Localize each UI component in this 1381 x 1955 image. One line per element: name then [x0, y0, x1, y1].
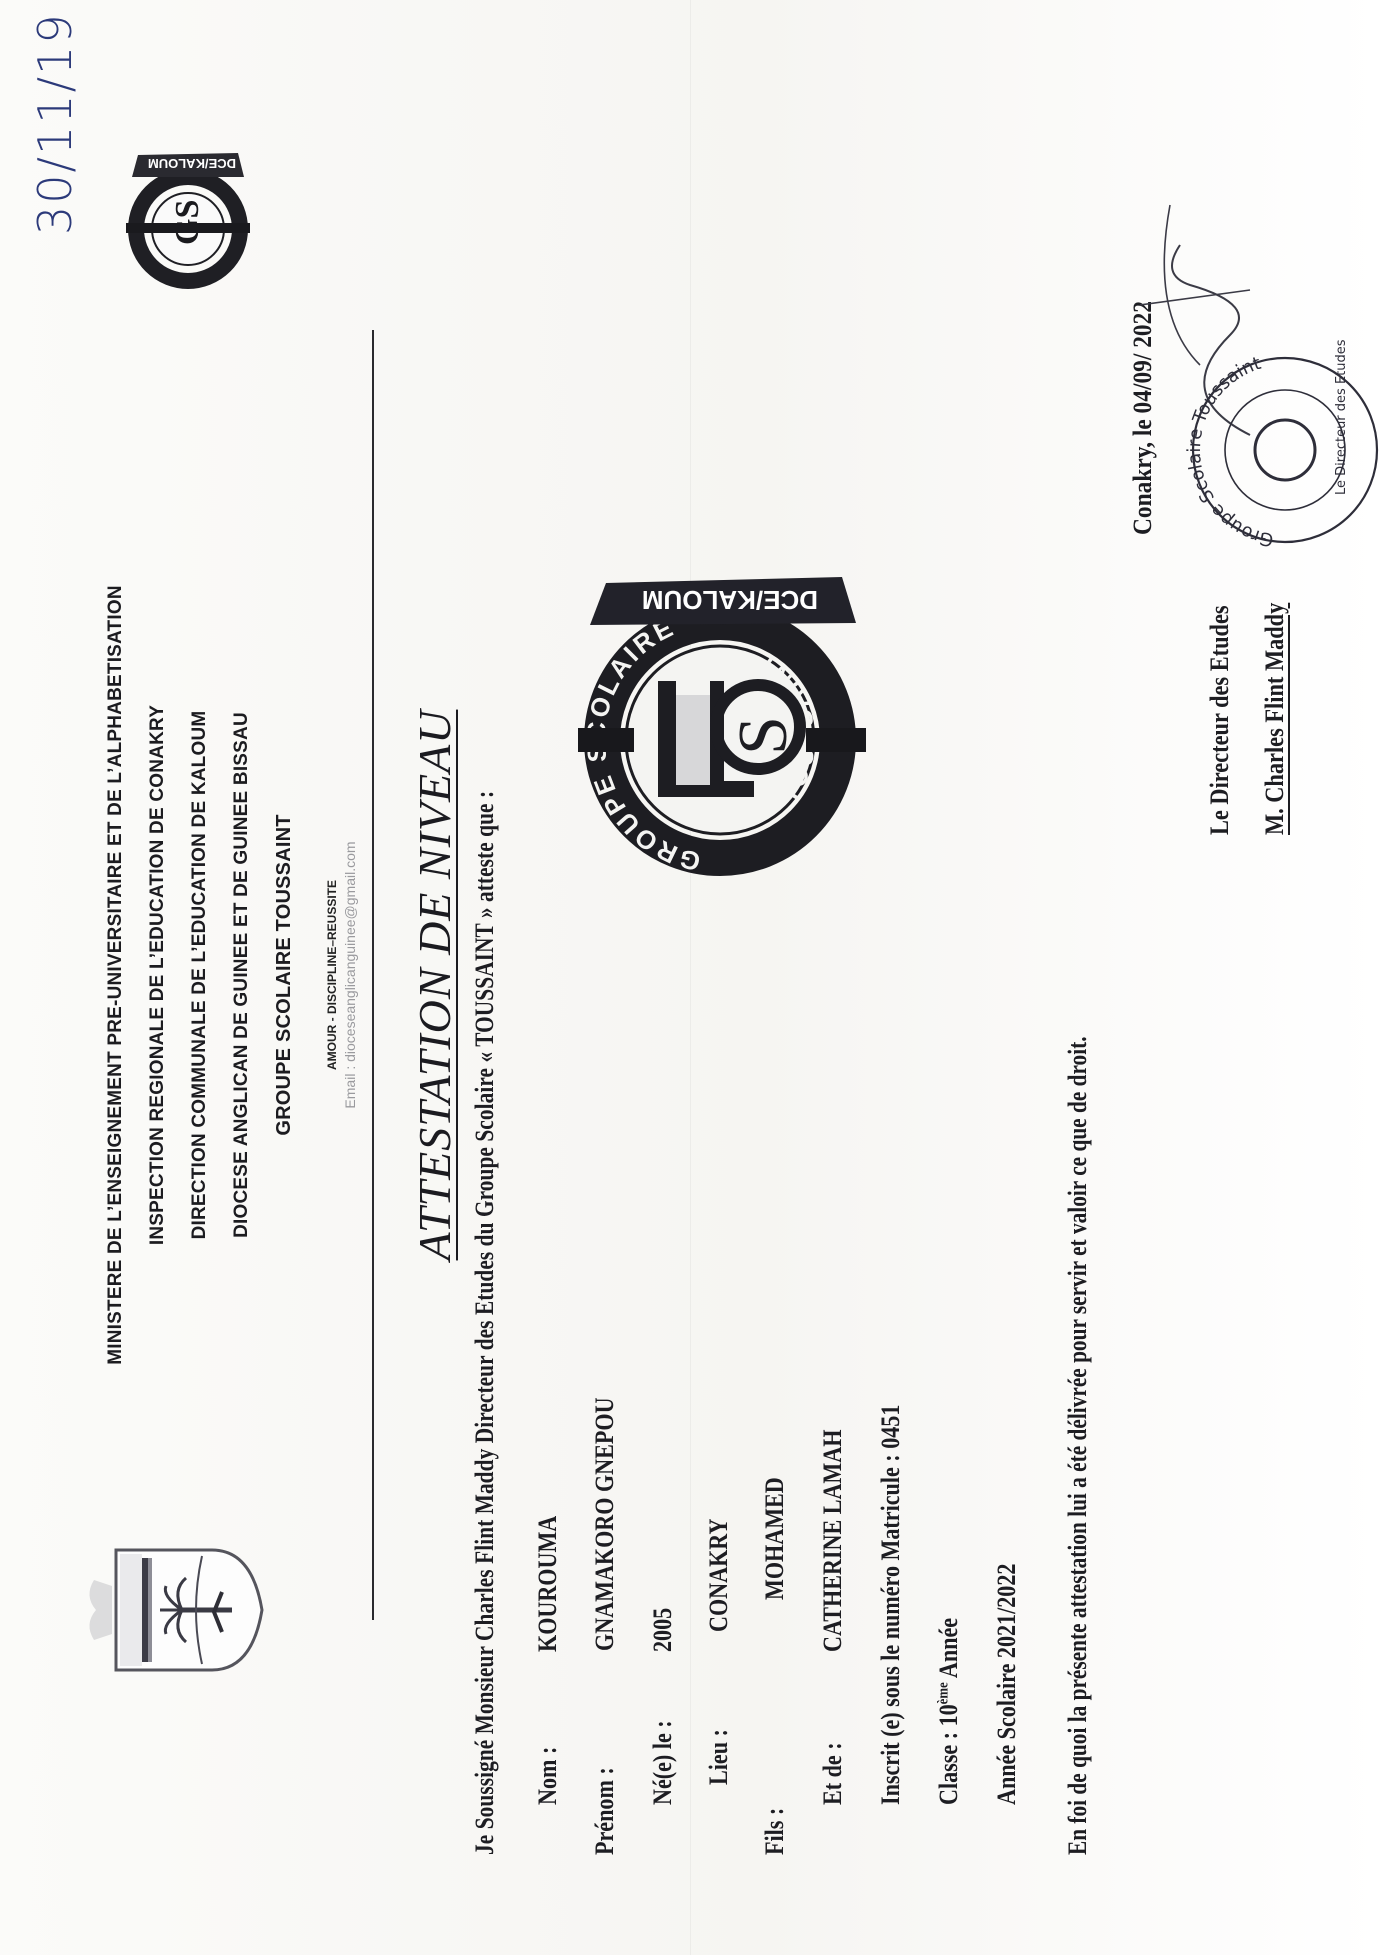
- classe-suffix: Année: [934, 1618, 963, 1682]
- field-value: MOHAMED: [760, 1477, 790, 1600]
- svg-text:S: S: [725, 716, 802, 755]
- school-logo-center-icon: GROUPE SCOLAIRE TOUSSAINT S DCE/KALOUM: [560, 565, 880, 895]
- closing-statement: En foi de quoi la présente attestation l…: [1063, 1036, 1093, 1855]
- field-value: CONAKRY: [704, 1519, 734, 1632]
- official-stamp-icon: Groupe Scolaire Toussaint Le Directeur d…: [1175, 335, 1381, 565]
- field-value: CATHERINE LAMAH: [818, 1430, 848, 1652]
- svg-text:Le Directeur des Etudes: Le Directeur des Etudes: [1334, 339, 1349, 495]
- coat-of-arms-icon: [82, 1530, 267, 1690]
- inspection-line: INSPECTION REGIONALE DE L’EDUCATION DE C…: [137, 475, 179, 1475]
- school-email: Email : dioceseanglicanguinee@gmail.com: [342, 475, 358, 1475]
- svg-text:DCE/KALOUM: DCE/KALOUM: [148, 156, 236, 171]
- field-value: GNAMAKORO GNEPOU: [590, 1397, 620, 1651]
- svg-text:DCE/KALOUM: DCE/KALOUM: [642, 585, 818, 615]
- field-label: Né(e) le :: [648, 1720, 678, 1805]
- field-matricule: Inscrit (e) sous le numéro Matricule : 0…: [876, 1405, 906, 1805]
- field-value: KOUROUMA: [533, 1516, 563, 1652]
- direction-line: DIRECTION COMMUNALE DE L’EDUCATION DE KA…: [179, 475, 221, 1475]
- attestation-document: MINISTERE DE L’ENSEIGNEMENT PRE-UNIVERSI…: [0, 0, 1381, 1955]
- classe-superscript: ème: [935, 1682, 951, 1704]
- ministry-line: MINISTERE DE L’ENSEIGNEMENT PRE-UNIVERSI…: [95, 475, 137, 1475]
- field-classe: Classe : 10ème Année: [934, 1618, 964, 1805]
- document-title: ATTESTATION DE NIVEAU: [408, 575, 461, 1395]
- intro-statement: Je Soussigné Monsieur Charles Flint Madd…: [470, 791, 500, 1855]
- svg-text:GS: GS: [169, 200, 206, 245]
- field-label: Nom :: [533, 1747, 563, 1805]
- school-motto: AMOUR - DISCIPLINE–REUSSITE: [325, 475, 339, 1475]
- field-label: Prénom :: [590, 1767, 620, 1855]
- field-value: 2005: [648, 1608, 678, 1652]
- svg-text:Groupe Scolaire Toussaint: Groupe Scolaire Toussaint: [1184, 353, 1275, 550]
- field-label: Lieu :: [704, 1729, 734, 1785]
- handwritten-reference: 30/11/19: [28, 12, 82, 235]
- field-label: Fils :: [760, 1808, 790, 1855]
- school-logo-small-icon: GS DCE/KALOUM: [118, 145, 258, 295]
- header-divider: [372, 330, 374, 1620]
- signatory-title: Le Directeur des Etudes: [1205, 605, 1235, 835]
- paper-fold: [690, 0, 691, 1955]
- signatory-name: M. Charles Flint Maddy: [1260, 603, 1290, 835]
- diocese-line: DIOCESE ANGLICAN DE GUINEE ET DE GUINEE …: [221, 475, 263, 1475]
- school-name: GROUPE SCOLAIRE TOUSSAINT: [263, 475, 305, 1475]
- institution-header: MINISTERE DE L’ENSEIGNEMENT PRE-UNIVERSI…: [95, 475, 305, 1475]
- field-label: Et de :: [818, 1742, 848, 1805]
- field-annee-scolaire: Année Scolaire 2021/2022: [992, 1564, 1022, 1805]
- classe-text: Classe : 10: [934, 1704, 963, 1805]
